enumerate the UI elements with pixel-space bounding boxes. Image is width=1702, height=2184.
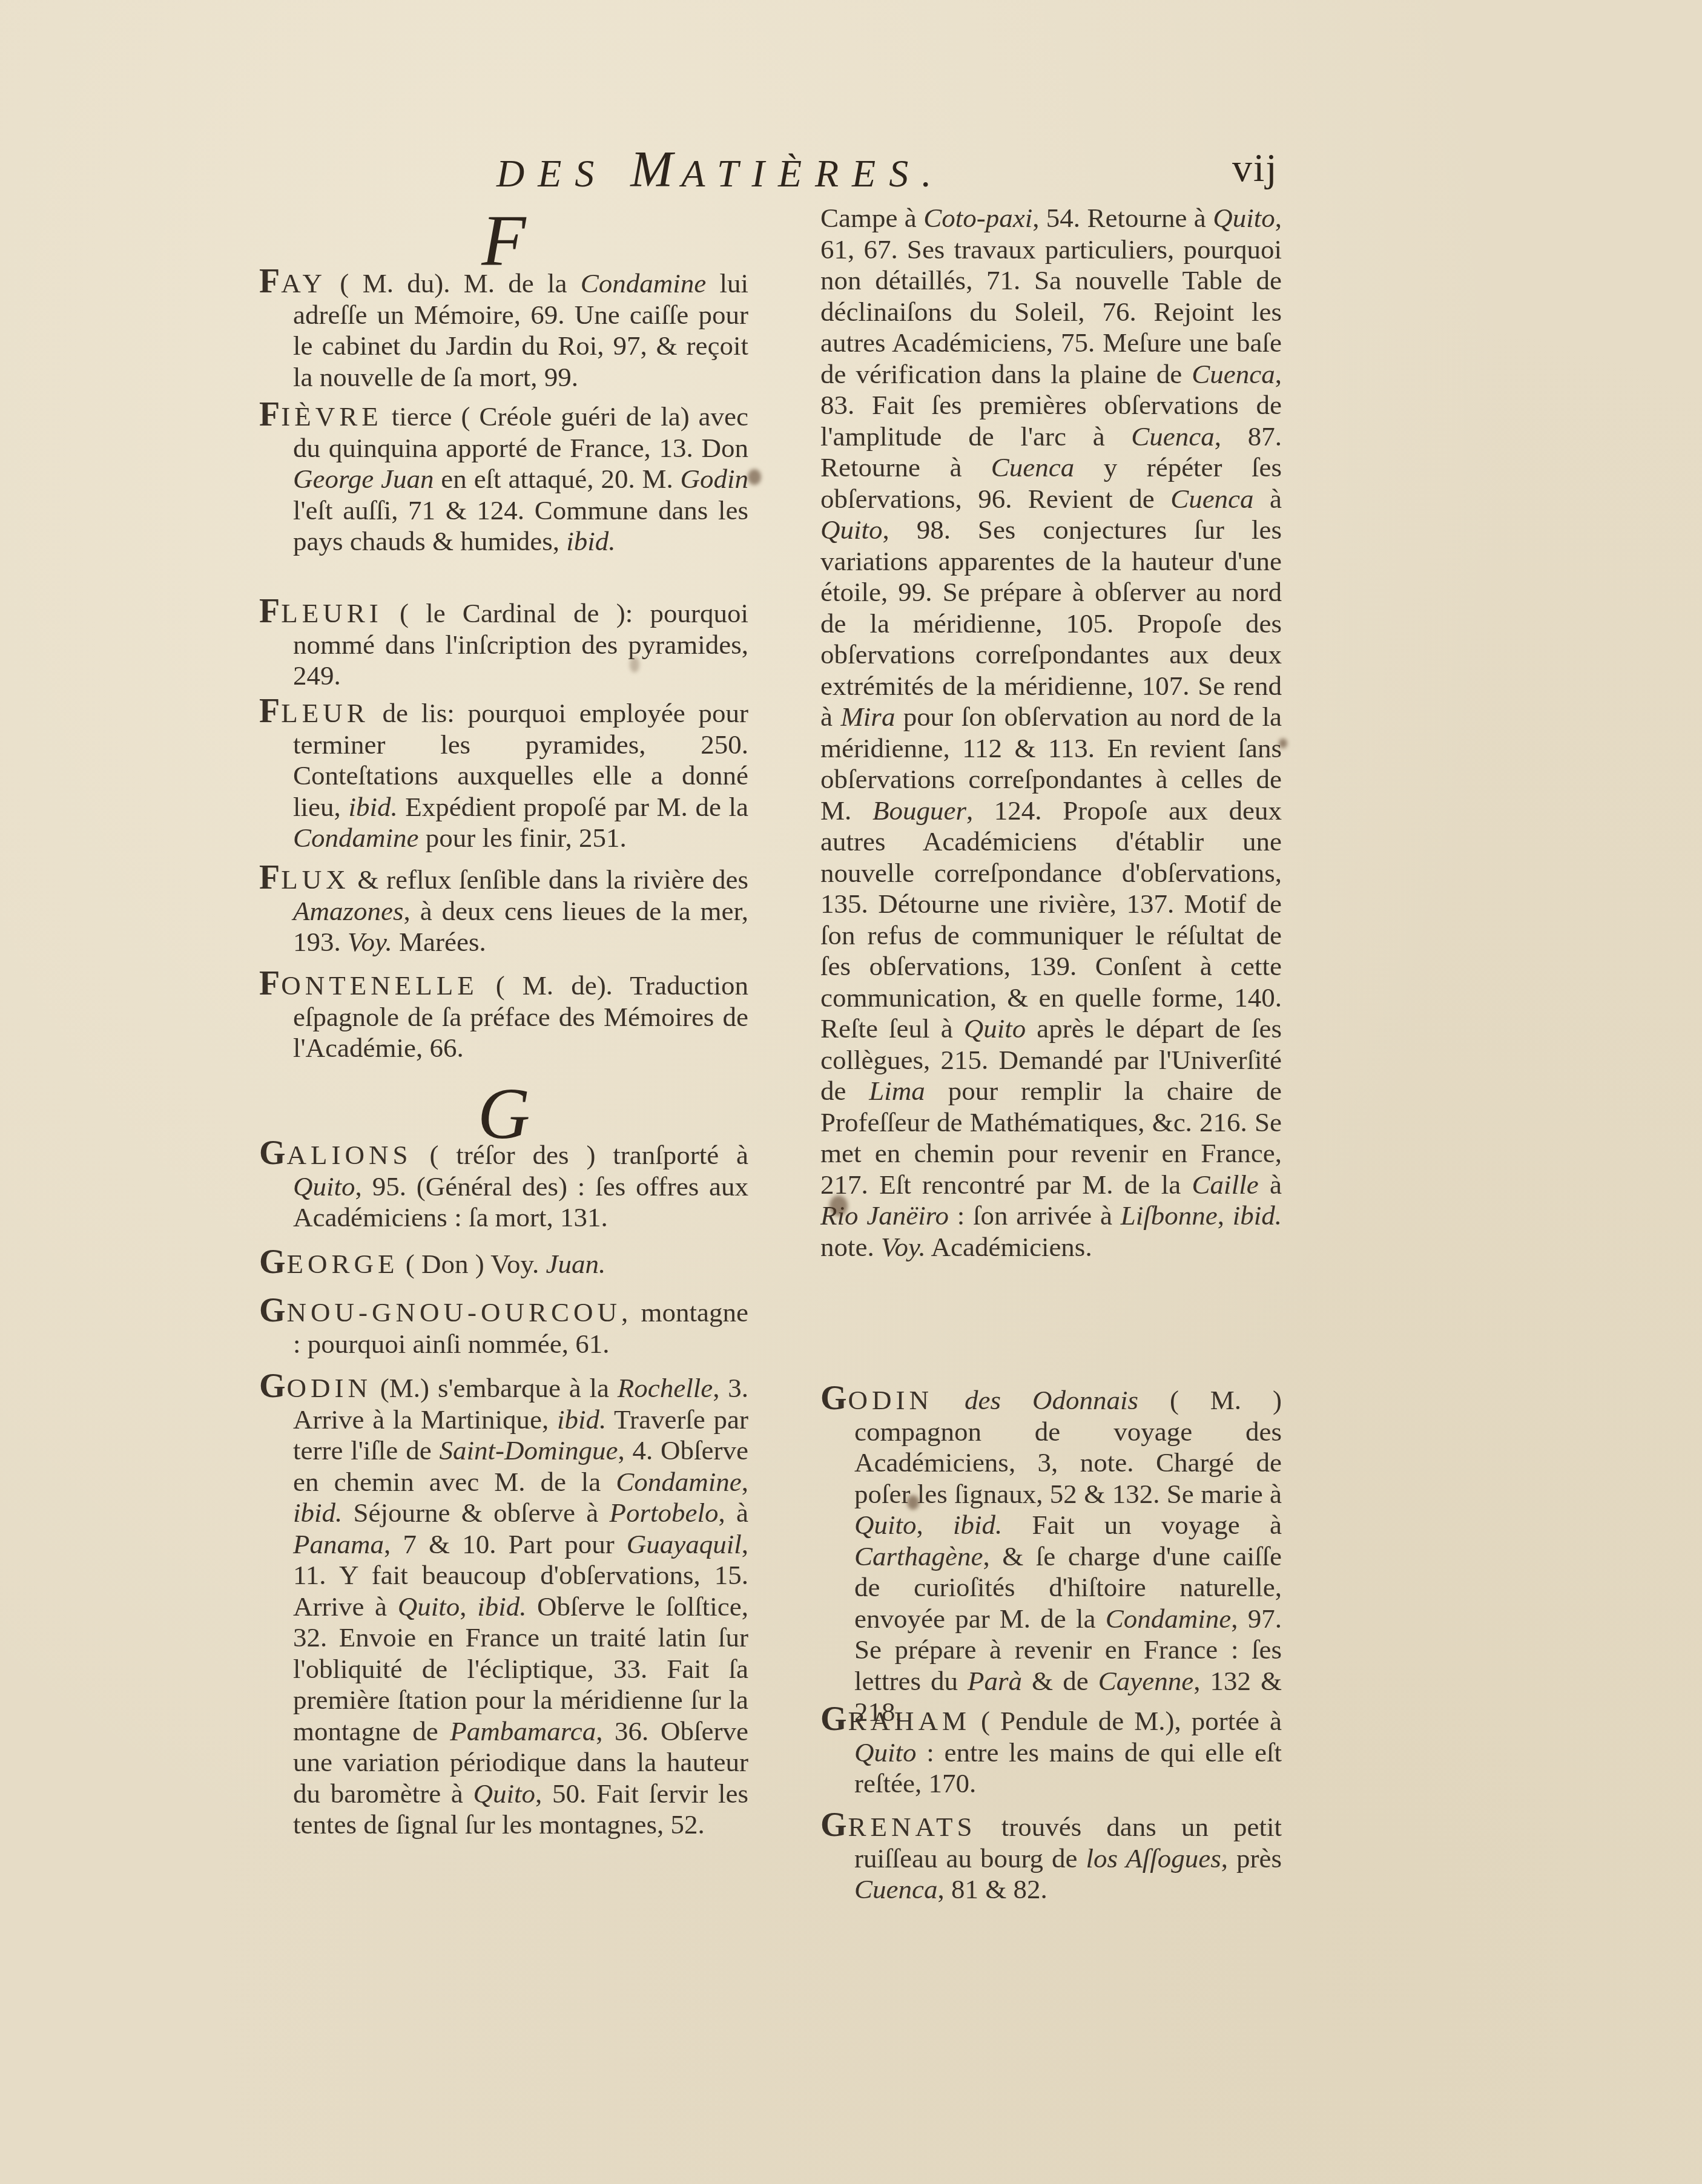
headword: FLEURI bbox=[259, 598, 383, 628]
foxing-spot bbox=[748, 469, 761, 485]
index-entry-flux: FLUX & reflux ſenſible dans la rivière d… bbox=[259, 863, 748, 958]
headword: GALIONS bbox=[259, 1140, 412, 1170]
index-entry-fleuri: FLEURI ( le Cardinal de ): pourquoi nomm… bbox=[259, 596, 748, 692]
foxing-spot bbox=[830, 1196, 848, 1216]
index-entry-grenats: GRENATS trouvés dans un petit ruiſſeau a… bbox=[820, 1810, 1282, 1906]
headword: GEORGE bbox=[259, 1249, 399, 1279]
index-entry-godin-continued: Campe à Coto-paxi, 54. Retourne à Quito,… bbox=[820, 203, 1282, 1263]
foxing-spot bbox=[907, 1495, 919, 1510]
running-head-rest: ATIÈRES. bbox=[681, 152, 945, 195]
headword: FIÈVRE bbox=[259, 401, 383, 432]
index-entry-george: GEORGE ( Don ) Voy. Juan. bbox=[259, 1247, 748, 1280]
index-entry-fleur: FLEUR de lis: pourquoi employée pour ter… bbox=[259, 696, 748, 854]
page-number: vij bbox=[1232, 145, 1278, 191]
foxing-spot bbox=[1279, 738, 1287, 748]
headword: GODIN bbox=[259, 1373, 372, 1403]
running-head-initial: M bbox=[630, 142, 681, 198]
index-entry-fievre: FIÈVRE tierce ( Créole guéri de la) avec… bbox=[259, 400, 748, 558]
index-entry-gnou-gnou-ourcou: GNOU-GNOU-OURCOU, montagne : pourquoi ai… bbox=[259, 1295, 748, 1360]
foxing-spot bbox=[630, 657, 639, 673]
running-head-title: DES MATIÈRES. bbox=[496, 140, 945, 199]
index-entry-fay: FAY ( M. du). M. de la Condamine lui adr… bbox=[259, 266, 748, 393]
index-entry-graham: GRAHAM ( Pendule de M.), portée à Quito … bbox=[820, 1704, 1282, 1800]
headword: GRENATS bbox=[820, 1812, 977, 1842]
headword: FONTENELLE bbox=[259, 970, 478, 1001]
headword: GRAHAM bbox=[820, 1706, 971, 1736]
headword: FLUX bbox=[259, 864, 350, 895]
index-entry-fontenelle: FONTENELLE ( M. de). Traduction eſpagnol… bbox=[259, 969, 748, 1064]
index-entry-godin-des-odonnais: GODIN des Odonnais ( M. ) compagnon de v… bbox=[820, 1383, 1282, 1728]
headword: FAY bbox=[259, 268, 326, 298]
running-head-prefix: DES bbox=[496, 152, 607, 195]
book-page: DES MATIÈRES. vij F FAY ( M. du). M. de … bbox=[0, 0, 1702, 2184]
headword: FLEUR bbox=[259, 698, 369, 728]
running-head: DES MATIÈRES. vij bbox=[496, 140, 1308, 195]
index-entry-galions: GALIONS ( tréſor des ) tranſporté à Quit… bbox=[259, 1138, 748, 1234]
headword: GNOU-GNOU-OURCOU bbox=[259, 1297, 621, 1327]
index-entry-godin: GODIN (M.) s'embarque à la Rochelle, 3. … bbox=[259, 1371, 748, 1841]
headword: GODIN bbox=[820, 1385, 933, 1415]
